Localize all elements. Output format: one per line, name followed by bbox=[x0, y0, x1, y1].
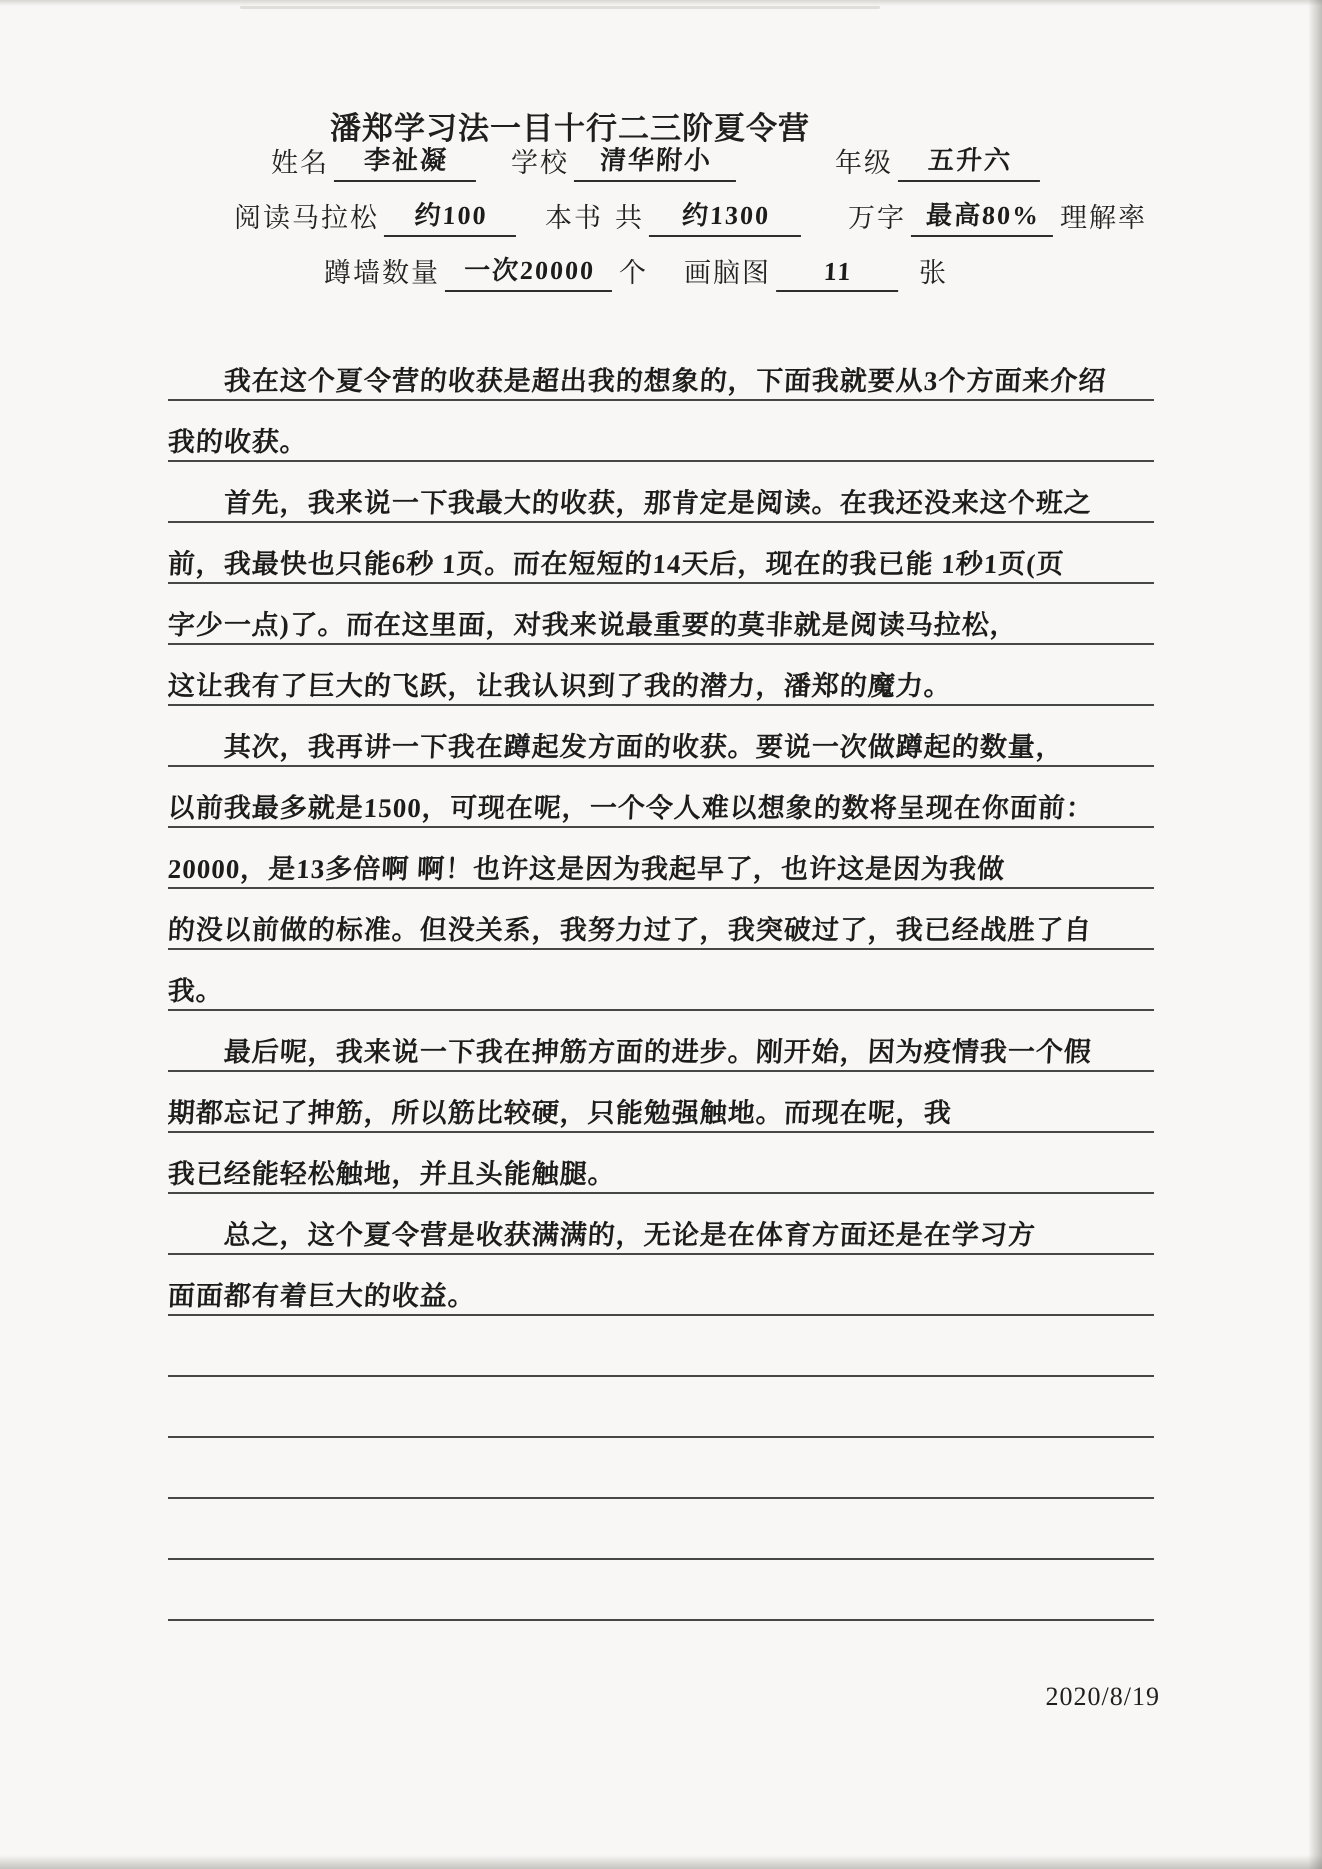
essay-body: 我在这个夏令营的收获是超出我的想象的，下面我就要从3个方面来介绍 我的收获。 首… bbox=[168, 340, 1154, 1621]
mindmap-label: 画脑图 bbox=[678, 251, 777, 292]
squat-label: 蹲墙数量 bbox=[318, 251, 446, 292]
form-row-exercise: 蹲墙数量 一次20000 个 画脑图 11 张 bbox=[0, 250, 1322, 292]
essay-line: 这让我有了巨大的飞跃，让我认识到了我的潜力，潘郑的魔力。 bbox=[168, 645, 1154, 706]
essay-line: 我的收获。 bbox=[168, 401, 1154, 462]
total-label: 共 bbox=[609, 196, 650, 237]
essay-line-text: 我已经能轻松触地，并且头能触腿。 bbox=[168, 1152, 617, 1191]
essay-line: 总之，这个夏令营是收获满满的，无论是在体育方面还是在学习方 bbox=[168, 1194, 1154, 1255]
essay-line-text: 最后呢，我来说一下我在抻筋方面的进步。刚开始，因为疫情我一个假 bbox=[223, 1030, 1093, 1069]
essay-line: 字少一点)了。而在这里面，对我来说最重要的莫非就是阅读马拉松， bbox=[168, 584, 1154, 645]
school-value: 清华附小 bbox=[574, 140, 738, 182]
essay-line-text: 期都忘记了抻筋，所以筋比较硬，只能勉强触地。而现在呢，我 bbox=[168, 1091, 953, 1130]
books-label: 本书 bbox=[539, 196, 609, 237]
document-date: 2020/8/19 bbox=[1046, 1682, 1160, 1712]
wanzi-label: 万字 bbox=[842, 196, 912, 237]
marathon-books-value: 约100 bbox=[384, 195, 518, 237]
grade-value: 五升六 bbox=[898, 140, 1042, 182]
essay-line: 的没以前做的标准。但没关系，我努力过了，我突破过了，我已经战胜了自 bbox=[168, 889, 1154, 950]
essay-blank-line bbox=[168, 1560, 1154, 1621]
essay-line-text: 的没以前做的标准。但没关系，我努力过了，我突破过了，我已经战胜了自 bbox=[168, 908, 1093, 947]
essay-line-text: 我。 bbox=[168, 969, 225, 1008]
scan-artifact bbox=[240, 6, 880, 9]
mindmap-value: 11 bbox=[776, 257, 900, 292]
form-row-reading: 阅读马拉松 约100 本书 共 约1300 万字 最高80% 理解率 bbox=[0, 195, 1322, 237]
essay-line: 面面都有着巨大的收益。 bbox=[168, 1255, 1154, 1316]
essay-line-text: 我的收获。 bbox=[168, 420, 309, 459]
essay-blank-line bbox=[168, 1316, 1154, 1377]
essay-line-text: 我在这个夏令营的收获是超出我的想象的，下面我就要从3个方面来介绍 bbox=[223, 359, 1108, 398]
essay-line: 我。 bbox=[168, 950, 1154, 1011]
school-label: 学校 bbox=[505, 141, 575, 182]
essay-line: 我已经能轻松触地，并且头能触腿。 bbox=[168, 1133, 1154, 1194]
essay-line-text: 字少一点)了。而在这里面，对我来说最重要的莫非就是阅读马拉松， bbox=[168, 603, 1019, 642]
essay-line: 首先，我来说一下我最大的收获，那肯定是阅读。在我还没来这个班之 bbox=[168, 462, 1154, 523]
name-label: 姓名 bbox=[265, 141, 335, 182]
essay-line: 20000，是13多倍啊 啊！也许这是因为我起早了，也许这是因为我做 bbox=[168, 828, 1154, 889]
essay-line: 期都忘记了抻筋，所以筋比较硬，只能勉强触地。而现在呢，我 bbox=[168, 1072, 1154, 1133]
scan-edge-top bbox=[0, 0, 1322, 6]
essay-line-text: 这让我有了巨大的飞跃，让我认识到了我的潜力，潘郑的魔力。 bbox=[168, 664, 953, 703]
grade-label: 年级 bbox=[829, 141, 899, 182]
essay-line: 我在这个夏令营的收获是超出我的想象的，下面我就要从3个方面来介绍 bbox=[168, 340, 1154, 401]
essay-blank-line bbox=[168, 1499, 1154, 1560]
essay-line: 最后呢，我来说一下我在抻筋方面的进步。刚开始，因为疫情我一个假 bbox=[168, 1011, 1154, 1072]
unit-zhang-label: 张 bbox=[913, 251, 954, 292]
essay-line-text: 前，我最快也只能6秒 1页。而在短短的14天后，现在的我已能 1秒1页(页 bbox=[168, 542, 1066, 581]
scan-edge-right bbox=[1308, 0, 1322, 1869]
comprehension-value: 最高80% bbox=[911, 195, 1055, 237]
essay-line-text: 首先，我来说一下我最大的收获，那肯定是阅读。在我还没来这个班之 bbox=[223, 481, 1093, 520]
marathon-label: 阅读马拉松 bbox=[228, 196, 385, 237]
header-form: 姓名 李祉凝 学校 清华附小 年级 五升六 阅读马拉松 约100 本书 共 约1… bbox=[0, 140, 1322, 305]
essay-line: 以前我最多就是1500，可现在呢，一个令人难以想象的数将呈现在你面前： bbox=[168, 767, 1154, 828]
unit-ge-label: 个 bbox=[613, 251, 654, 292]
essay-line: 前，我最快也只能6秒 1页。而在短短的14天后，现在的我已能 1秒1页(页 bbox=[168, 523, 1154, 584]
essay-line-text: 以前我最多就是1500，可现在呢，一个令人难以想象的数将呈现在你面前： bbox=[168, 786, 1095, 825]
essay-line-text: 面面都有着巨大的收益。 bbox=[168, 1274, 477, 1313]
essay-blank-line bbox=[168, 1438, 1154, 1499]
squat-value: 一次20000 bbox=[445, 250, 614, 292]
scan-edge-bottom bbox=[0, 1855, 1322, 1869]
essay-blank-line bbox=[168, 1377, 1154, 1438]
comprehension-label: 理解率 bbox=[1054, 196, 1153, 237]
form-row-identity: 姓名 李祉凝 学校 清华附小 年级 五升六 bbox=[0, 140, 1322, 182]
essay-line: 其次，我再讲一下我在蹲起发方面的收获。要说一次做蹲起的数量， bbox=[168, 706, 1154, 767]
total-value: 约1300 bbox=[649, 195, 803, 237]
name-value: 李祉凝 bbox=[334, 140, 478, 182]
essay-line-text: 总之，这个夏令营是收获满满的，无论是在体育方面还是在学习方 bbox=[223, 1213, 1037, 1252]
essay-line-text: 20000，是13多倍啊 啊！也许这是因为我起早了，也许这是因为我做 bbox=[168, 847, 1006, 886]
essay-line-text: 其次，我再讲一下我在蹲起发方面的收获。要说一次做蹲起的数量， bbox=[223, 725, 1065, 764]
